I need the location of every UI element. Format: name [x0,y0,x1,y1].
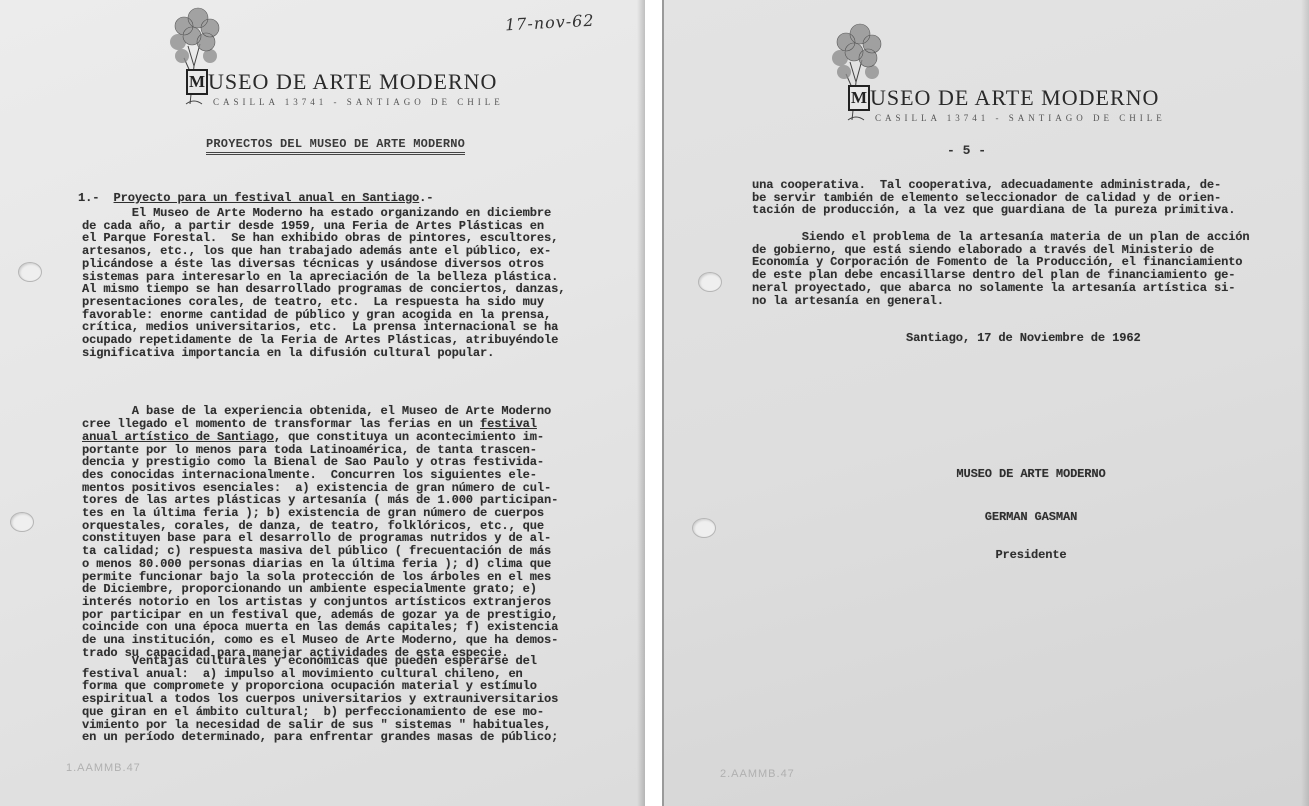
logo-initial: M [186,69,208,95]
punch-hole [698,272,722,292]
museum-address: CASILLA 13741 - SANTIAGO DE CHILE [875,113,1166,123]
text-fragment: , que constituya un acontecimiento im- [274,430,544,444]
logo-initial: M [848,85,870,111]
dateline: Santiago, 17 de Noviembre de 1962 [906,332,1141,345]
paragraph-2: Siendo el problema de la artesanía mater… [752,231,1250,307]
punch-hole [18,262,42,282]
museum-name: USEO DE ARTE MODERNO [870,85,1159,111]
museum-address: CASILLA 13741 - SANTIAGO DE CHILE [213,97,504,107]
document-page-left: M USEO DE ARTE MODERNO CASILLA 13741 - S… [0,0,645,806]
section-heading-text: Proyecto para un festival anual en Santi… [114,191,420,205]
signature-role: Presidente [956,549,1106,562]
text-line: Siendo el problema de la artesanía mater… [752,231,1250,244]
page-number: - 5 - [947,143,986,158]
text-line: interés notorio en los artistas y conjun… [82,596,558,609]
text-line: de una institución, como es el Museo de … [82,634,558,647]
section-number: 1.- [78,191,99,205]
text-line: neral proyectado, que abarca no solament… [752,282,1250,295]
signature-block: MUSEO DE ARTE MODERNO GERMAN GASMAN Pres… [956,443,1106,587]
text-line: presentaciones corales, de teatro, etc. … [82,296,565,309]
text-line: una cooperativa. Tal cooperativa, adecua… [752,179,1235,192]
text-line: des conocidas internacionalmente. Concur… [82,469,558,482]
text-line: ta calidad; c) respuesta masiva del públ… [82,545,558,558]
paragraph-2-rest: portante por lo menos para toda Latinoam… [82,444,558,660]
text-line: o menos 80.000 personas diarias en la úl… [82,558,558,571]
text-line: artesanos, etc., los que han trabajado a… [82,245,565,258]
paragraph-1: El Museo de Arte Moderno ha estado organ… [82,207,565,359]
text-line: espiritual a todos los cuerpos universit… [82,693,558,706]
text-line: tación de producción, a la vez que guard… [752,204,1235,217]
text-line: El Museo de Arte Moderno ha estado organ… [82,207,565,220]
underlined-text: anual artístico de Santiago [82,430,274,444]
text-line: que giran en el ámbito cultural; b) perf… [82,706,558,719]
signature-name: GERMAN GASMAN [956,511,1106,524]
paragraph-3: Ventajas culturales y económicas que pue… [82,655,558,744]
text-line: anual artístico de Santiago, que constit… [82,431,558,444]
punch-hole [10,512,34,532]
letterhead: M USEO DE ARTE MODERNO CASILLA 13741 - S… [828,22,1228,132]
text-line: no la artesanía en general. [752,295,1250,308]
paragraph-1: una cooperativa. Tal cooperativa, adecua… [752,179,1235,217]
section-heading: 1.- Proyecto para un festival anual en S… [78,192,433,205]
punch-hole [692,518,716,538]
section-heading-suffix: .- [419,191,433,205]
text-line: ocupado repetidamente de la Feria de Art… [82,334,565,347]
document-page-right: M USEO DE ARTE MODERNO CASILLA 13741 - S… [662,0,1309,806]
document-title: PROYECTOS DEL MUSEO DE ARTE MODERNO [206,137,465,155]
signature-org: MUSEO DE ARTE MODERNO [956,468,1106,481]
text-line: significativa importancia en la difusión… [82,347,565,360]
archive-stamp: 1.AAMMB.47 [66,762,141,774]
handwritten-date: 17-nov-62 [505,11,595,35]
text-line: plicándose a éste las diversas técnicas … [82,258,565,271]
text-line: Ventajas culturales y económicas que pue… [82,655,558,668]
archive-stamp: 2.AAMMB.47 [720,768,795,780]
text-line: tes en la última feria ); b) existencia … [82,507,558,520]
museum-name: USEO DE ARTE MODERNO [208,69,497,95]
text-line: en un período determinado, para enfrenta… [82,731,558,744]
text-line: de este plan debe encasillarse dentro de… [752,269,1250,282]
paragraph-2: A base de la experiencia obtenida, el Mu… [82,380,558,685]
